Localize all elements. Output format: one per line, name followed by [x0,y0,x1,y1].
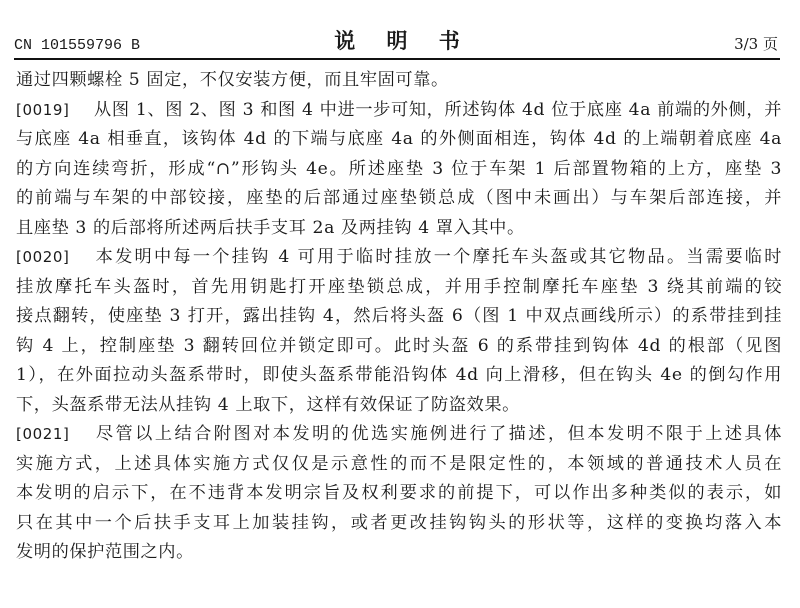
paragraph-0021-first-line: [0021]尽管以上结合附图对本发明的优选实施例进行了描述，但本发明不限于上述具… [16,420,782,450]
paragraph-0020-first-line: [0020]本发明中每一个挂钩 4 可用于临时挂放一个摩托车头盔或其它物品。当需… [16,243,782,273]
header-rule [14,58,780,60]
text-line: 与底座 4a 相垂直，该钩体 4d 的下端与底座 4a 的外侧面相连，钩体 4d… [16,125,782,155]
text-line: 的前端与车架的中部铰接，座垫的后部通过座垫锁总成（图中未画出）与车架后部连接，并 [16,184,782,214]
text-line: 的方向连续弯折，形成“∩”形钩头 4e。所述座垫 3 位于车架 1 后部置物箱的… [16,155,782,185]
document-title: 说 明 书 [14,25,780,55]
text-line: 1），在外面拉动头盔系带时，即使头盔系带能沿钩体 4d 向上滑移，但在钩头 4e… [16,361,782,391]
document-body: 通过四颗螺栓 5 固定，不仅安装方便，而且牢固可靠。 [0019]从图 1、图 … [16,66,782,568]
paragraph-number: [0019] [16,96,94,126]
page-number: 3/3 页 [734,33,778,54]
page-header: CN 101559796 B 说 明 书 3/3 页 [14,26,780,58]
paragraph-0019-first-line: [0019]从图 1、图 2、图 3 和图 4 中进一步可知，所述钩体 4d 位… [16,96,782,126]
text-line: 只在其中一个后扶手支耳上加装挂钩，或者更改挂钩钩头的形状等，这样的变换均落入本 [16,509,782,539]
text-line: 实施方式，上述具体实施方式仅仅是示意性的而不是限定性的，本领域的普通技术人员在 [16,450,782,480]
paragraph-number: [0021] [16,420,94,450]
text-line: 下，头盔系带无法从挂钩 4 上取下，这样有效保证了防盗效果。 [16,391,782,421]
text-line: 通过四颗螺栓 5 固定，不仅安装方便，而且牢固可靠。 [16,66,782,96]
paragraph-number: [0020] [16,243,94,273]
text-line: 本发明中每一个挂钩 4 可用于临时挂放一个摩托车头盔或其它物品。当需要临时 [94,247,782,267]
text-line: 尽管以上结合附图对本发明的优选实施例进行了描述，但本发明不限于上述具体 [94,424,782,444]
text-line: 接点翻转，使座垫 3 打开，露出挂钩 4，然后将头盔 6（图 1 中双点画线所示… [16,302,782,332]
text-line: 且座垫 3 的后部将所述两后扶手支耳 2a 及两挂钩 4 罩入其中。 [16,214,782,244]
text-line: 钩 4 上，控制座垫 3 翻转回位并锁定即可。此时头盔 6 的系带挂到钩体 4d… [16,332,782,362]
text-line: 从图 1、图 2、图 3 和图 4 中进一步可知，所述钩体 4d 位于底座 4a… [94,100,782,120]
text-line: 挂放摩托车头盔时，首先用钥匙打开座垫锁总成，并用手控制摩托车座垫 3 绕其前端的… [16,273,782,303]
text-line: 本发明的启示下，在不违背本发明宗旨及权利要求的前提下，可以作出多种类似的表示，如 [16,479,782,509]
text-line: 发明的保护范围之内。 [16,538,782,568]
